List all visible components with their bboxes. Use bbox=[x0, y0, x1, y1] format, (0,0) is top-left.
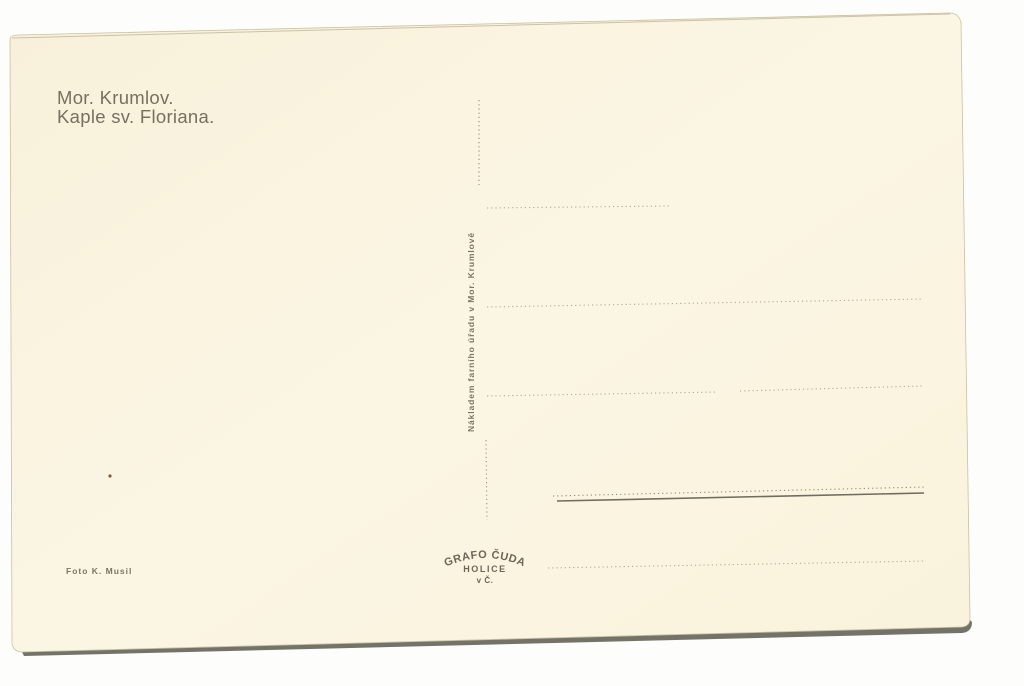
postcard: Mor. Krumlov. Kaple sv. Floriana. Náklad… bbox=[0, 0, 1024, 686]
printer-mark: GRAFO ČUDA HOLICE v Č. bbox=[435, 545, 535, 595]
caption: Mor. Krumlov. Kaple sv. Floriana. bbox=[57, 88, 215, 126]
printer-city: HOLICE bbox=[435, 564, 535, 574]
caption-line-subject: Kaple sv. Floriana. bbox=[57, 107, 215, 126]
printer-region: v Č. bbox=[435, 576, 535, 585]
publisher-credit: Nákladem farního úřadu v Mor. Krumlově bbox=[466, 232, 476, 432]
caption-line-town: Mor. Krumlov. bbox=[57, 88, 215, 107]
photographer-credit: Foto K. Musil bbox=[66, 566, 132, 576]
